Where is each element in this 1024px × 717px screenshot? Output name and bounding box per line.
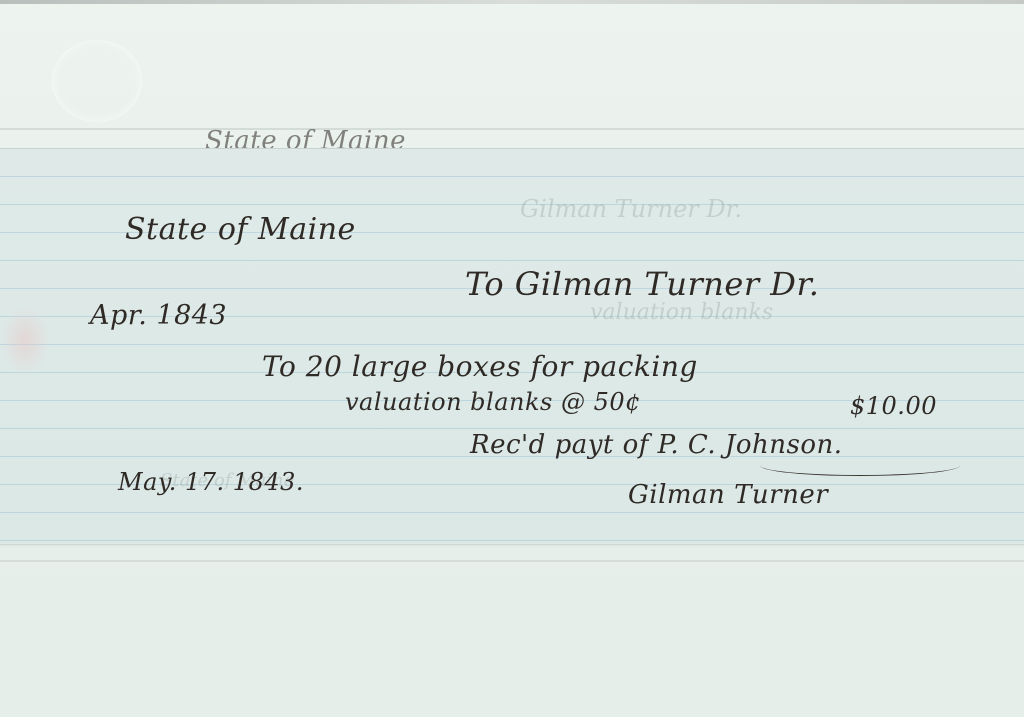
document-sheet: State of Maine Gilman Turner Dr. valuati… <box>0 0 1024 717</box>
fold-line <box>0 560 1024 562</box>
line-item-amount: $10.00 <box>850 392 937 420</box>
charge-date: Apr. 1843 <box>90 300 227 331</box>
seal-stamp-icon <box>0 305 50 375</box>
line-item-description-1: To 20 large boxes for packing <box>262 350 698 383</box>
payee-line: To Gilman Turner Dr. <box>465 265 819 303</box>
line-item-description-2: valuation blanks @ 50¢ <box>345 388 641 416</box>
embossed-seal-icon <box>52 40 142 122</box>
document-header: State of Maine <box>125 212 356 247</box>
fold-line <box>0 128 1024 130</box>
underline-flourish <box>760 455 960 476</box>
show-through-text: valuation blanks <box>590 300 773 325</box>
signature: Gilman Turner <box>628 480 828 510</box>
paper-top-edge <box>0 0 1024 4</box>
receipt-date: May. 17. 1843. <box>118 468 304 496</box>
show-through-text: Gilman Turner Dr. <box>520 195 742 223</box>
receipt-note: Rec'd payt of P. C. Johnson. <box>470 430 843 460</box>
